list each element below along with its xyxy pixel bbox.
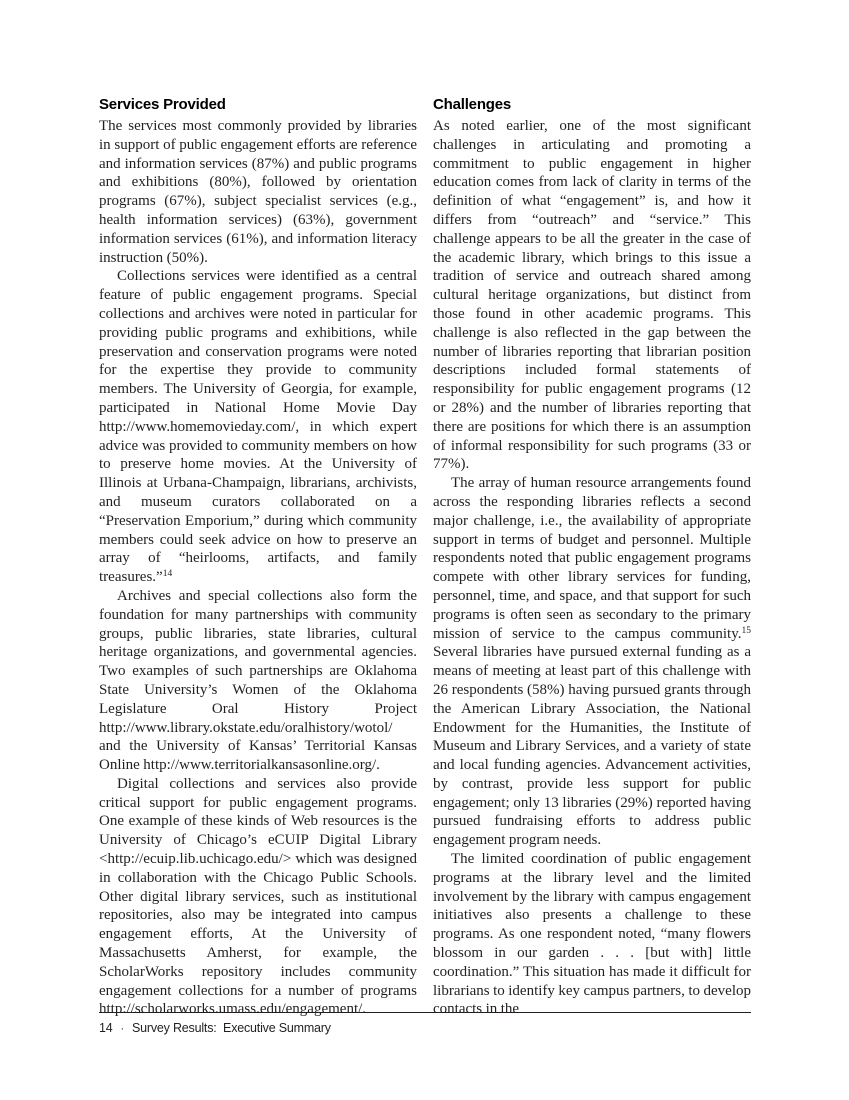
paragraph-text: The array of human resource arrangements… — [433, 475, 751, 641]
paragraph: Digital collections and services also pr… — [99, 775, 417, 1019]
paragraph: As noted earlier, one of the most signif… — [433, 117, 751, 474]
paragraph-text: Digital collections and services also pr… — [99, 776, 417, 1018]
paragraph: Archives and special collections also fo… — [99, 587, 417, 775]
two-column-text-block: Services Provided The services most comm… — [99, 95, 751, 1019]
paragraph-text: As noted earlier, one of the most signif… — [433, 118, 751, 472]
right-column: Challenges As noted earlier, one of the … — [433, 95, 751, 1019]
document-page: Services Provided The services most comm… — [0, 0, 849, 1100]
section-heading-services-provided: Services Provided — [99, 95, 417, 114]
endnote-reference-15: 15 — [742, 626, 752, 636]
paragraph: The array of human resource arrangements… — [433, 474, 751, 850]
paragraph: Collections services were identified as … — [99, 267, 417, 587]
footer-rule — [99, 1012, 751, 1013]
paragraph-text: Several libraries have pursued external … — [433, 644, 751, 848]
page-number: 14 — [99, 1021, 113, 1035]
paragraph-text: The limited coordination of public engag… — [433, 851, 751, 1017]
footer-separator: · — [121, 1023, 124, 1035]
paragraph: The limited coordination of public engag… — [433, 850, 751, 1019]
page-footer: 14 · Survey Results: Executive Summary — [99, 1021, 331, 1035]
paragraph-text: Archives and special collections also fo… — [99, 588, 417, 773]
left-column: Services Provided The services most comm… — [99, 95, 417, 1019]
paragraph-text: The services most commonly provided by l… — [99, 118, 417, 266]
paragraph: The services most commonly provided by l… — [99, 117, 417, 267]
footer-section-title: Survey Results: Executive Summary — [132, 1021, 331, 1035]
endnote-reference-14: 14 — [163, 569, 173, 579]
paragraph-text: Collections services were identified as … — [99, 268, 417, 585]
section-heading-challenges: Challenges — [433, 95, 751, 114]
